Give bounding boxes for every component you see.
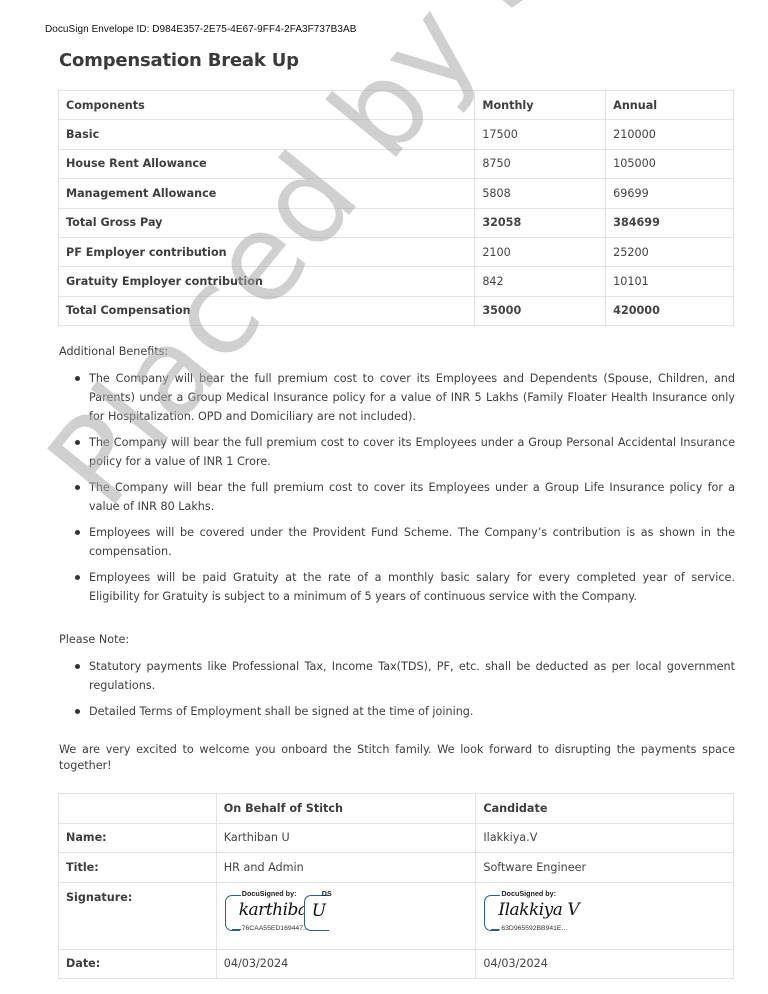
company-signer-name: Karthiban U — [216, 823, 476, 853]
monthly-value: 2100 — [475, 237, 606, 266]
table-header-row: Components Monthly Annual — [59, 91, 734, 120]
ds-initials-label: DS — [322, 889, 332, 898]
component-name: Management Allowance — [59, 179, 475, 208]
table-row: Basic 17500 210000 — [59, 120, 734, 149]
signature-table: On Behalf of Stitch Candidate Name: Kart… — [58, 793, 734, 979]
compensation-table: Components Monthly Annual Basic 17500 21… — [58, 90, 734, 326]
title-row: Title: HR and Admin Software Engineer — [59, 853, 734, 883]
monthly-value: 5808 — [475, 179, 606, 208]
signature-label: Signature: — [59, 882, 217, 949]
name-label: Name: — [59, 823, 217, 853]
annual-value: 210000 — [606, 120, 734, 149]
column-header-annual: Annual — [606, 91, 734, 120]
annual-value: 69699 — [606, 179, 734, 208]
component-name: PF Employer contribution — [59, 237, 475, 266]
table-row-total-gross: Total Gross Pay 32058 384699 — [59, 208, 734, 237]
candidate-docusign-stamp: DocuSigned by: Ilakkiya V 63D965592BB941… — [483, 887, 603, 939]
monthly-value: 17500 — [475, 120, 606, 149]
table-row: House Rent Allowance 8750 105000 — [59, 149, 734, 178]
column-header-company: On Behalf of Stitch — [216, 794, 476, 824]
monthly-value: 32058 — [475, 208, 606, 237]
monthly-value: 842 — [475, 267, 606, 296]
benefit-text: The Company will bear the full premium c… — [89, 481, 735, 513]
notes-list: Statutory payments like Professional Tax… — [59, 657, 735, 721]
benefit-text: The Company will bear the full premium c… — [89, 436, 735, 468]
annual-value: 420000 — [606, 296, 734, 325]
docusigned-by-label: DocuSigned by: — [242, 889, 297, 898]
table-row: Gratuity Employer contribution 842 10101 — [59, 267, 734, 296]
company-docusign-stamp: DocuSigned by: karthiban DS U 76CAA55ED1… — [224, 887, 344, 939]
docusign-line — [491, 929, 500, 930]
list-item: The Company will bear the full premium c… — [59, 433, 735, 471]
company-handwritten-initials: U — [312, 901, 326, 921]
bullet-icon — [75, 709, 80, 714]
column-header-candidate: Candidate — [476, 794, 734, 824]
candidate-handwritten-signature: Ilakkiya V — [498, 900, 579, 920]
signature-header-row: On Behalf of Stitch Candidate — [59, 794, 734, 824]
docusign-line — [491, 895, 500, 896]
signature-hash: 63D965592BB941E... — [501, 925, 567, 932]
docusign-bracket-icon — [225, 895, 240, 931]
component-name: Total Gross Pay — [59, 208, 475, 237]
docusign-envelope-id: DocuSign Envelope ID: D984E357-2E75-4E67… — [45, 24, 356, 35]
column-header-components: Components — [59, 91, 475, 120]
component-name: Basic — [59, 120, 475, 149]
benefit-text: Employees will be covered under the Prov… — [89, 526, 735, 558]
additional-benefits-section: Additional Benefits: The Company will be… — [59, 342, 735, 613]
bullet-icon — [75, 376, 80, 381]
list-item: Employees will be paid Gratuity at the r… — [59, 568, 735, 606]
benefit-text: Employees will be paid Gratuity at the r… — [89, 571, 735, 603]
list-item: Employees will be covered under the Prov… — [59, 523, 735, 561]
annual-value: 384699 — [606, 208, 734, 237]
docusign-line — [232, 895, 241, 896]
candidate-sign-date: 04/03/2024 — [476, 949, 734, 979]
blank-header-cell — [59, 794, 217, 824]
annual-value: 10101 — [606, 267, 734, 296]
annual-value: 25200 — [606, 237, 734, 266]
candidate-signature-cell: DocuSigned by: Ilakkiya V 63D965592BB941… — [476, 882, 734, 949]
date-row: Date: 04/03/2024 04/03/2024 — [59, 949, 734, 979]
company-sign-date: 04/03/2024 — [216, 949, 476, 979]
bullet-icon — [75, 664, 80, 669]
page-title: Compensation Break Up — [59, 50, 299, 71]
list-item: Detailed Terms of Employment shall be si… — [59, 702, 735, 721]
benefits-list: The Company will bear the full premium c… — [59, 369, 735, 606]
benefit-text: The Company will bear the full premium c… — [89, 372, 735, 423]
table-row-total-compensation: Total Compensation 35000 420000 — [59, 296, 734, 325]
table-row: Management Allowance 5808 69699 — [59, 179, 734, 208]
column-header-monthly: Monthly — [475, 91, 606, 120]
annual-value: 105000 — [606, 149, 734, 178]
bullet-icon — [75, 485, 80, 490]
component-name: Gratuity Employer contribution — [59, 267, 475, 296]
component-name: Total Compensation — [59, 296, 475, 325]
note-text: Statutory payments like Professional Tax… — [89, 660, 735, 692]
candidate-name: Ilakkiya.V — [476, 823, 734, 853]
title-label: Title: — [59, 853, 217, 883]
list-item: The Company will bear the full premium c… — [59, 369, 735, 426]
signature-hash: 76CAA55ED169447... — [242, 925, 309, 932]
date-label: Date: — [59, 949, 217, 979]
component-name: House Rent Allowance — [59, 149, 475, 178]
docusign-line — [312, 895, 321, 896]
monthly-value: 35000 — [475, 296, 606, 325]
name-row: Name: Karthiban U Ilakkiya.V — [59, 823, 734, 853]
docusigned-by-label: DocuSigned by: — [501, 889, 556, 898]
welcome-message: We are very excited to welcome you onboa… — [59, 742, 735, 774]
note-text: Detailed Terms of Employment shall be si… — [89, 705, 473, 718]
list-item: The Company will bear the full premium c… — [59, 478, 735, 516]
additional-benefits-label: Additional Benefits: — [59, 342, 735, 361]
please-note-section: Please Note: Statutory payments like Pro… — [59, 630, 735, 728]
signature-row: Signature: DocuSigned by: karthiban DS U… — [59, 882, 734, 949]
candidate-title: Software Engineer — [476, 853, 734, 883]
bullet-icon — [75, 530, 80, 535]
table-row: PF Employer contribution 2100 25200 — [59, 237, 734, 266]
list-item: Statutory payments like Professional Tax… — [59, 657, 735, 695]
bullet-icon — [75, 575, 80, 580]
please-note-label: Please Note: — [59, 630, 735, 649]
docusign-line — [232, 929, 241, 930]
company-signer-title: HR and Admin — [216, 853, 476, 883]
company-signature-cell: DocuSigned by: karthiban DS U 76CAA55ED1… — [216, 882, 476, 949]
bullet-icon — [75, 440, 80, 445]
monthly-value: 8750 — [475, 149, 606, 178]
